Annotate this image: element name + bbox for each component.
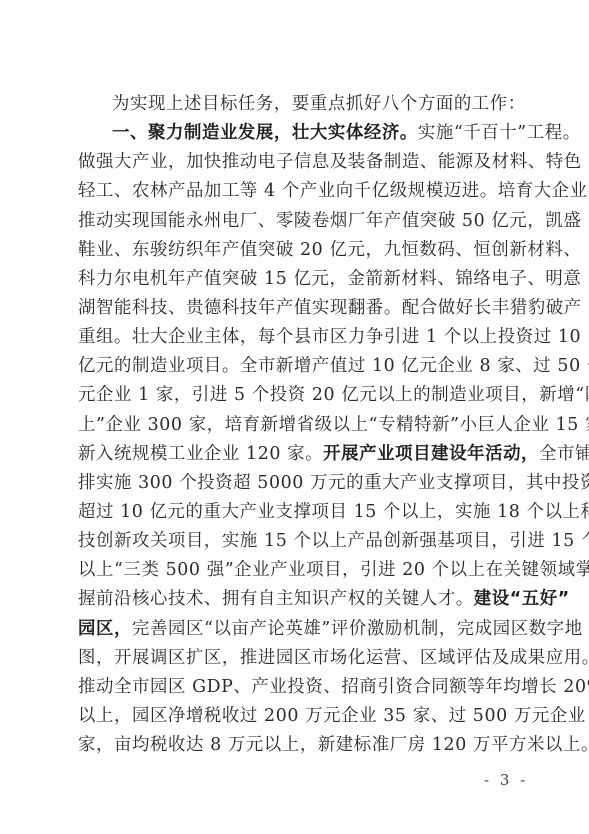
text-line: 推动全市园区 GDP、产业投资、招商引资合同额等年均增长 20% (78, 673, 524, 702)
text-line: 握前沿核心技术、拥有自主知识产权的关键人才。建设“五好” (78, 585, 524, 614)
text-segment: 图，开展调区扩区，推进园区市场化运营、区域评估及成果应用。 (78, 648, 589, 668)
text-segment: 推动全市园区 GDP、产业投资、招商引资合同额等年均增长 20% (78, 677, 589, 697)
text-segment: 推动实现国能永州电厂、零陵卷烟厂年产值突破 50 亿元，凯盛 (78, 211, 581, 231)
text-segment: 科力尔电机年产值突破 15 亿元，金箭新材料、锦络电子、明意 (78, 269, 581, 289)
text-segment: 做强大产业，加快推动电子信息及装备制造、能源及材料、特色 (78, 152, 582, 172)
text-line: 重组。壮大企业主体，每个县市区力争引进 1 个以上投资过 10 (78, 323, 524, 352)
text-line: 轻工、农林产品加工等 4 个产业向千亿级规模迈进。培育大企业， (78, 177, 524, 206)
text-segment: 排实施 300 个投资超 5000 万元的重大产业支撑项目，其中投资 (78, 473, 589, 493)
text-line: 园区，完善园区“以亩产论英雄”评价激励机制，完成园区数字地 (78, 615, 524, 644)
text-line: 以上，园区净增税收过 200 万元企业 35 家、过 500 万元企业 15 (78, 702, 524, 731)
text-segment: 湖智能科技、贵德科技年产值实现翻番。配合做好长丰猎豹破产 (78, 298, 582, 318)
bold-text-segment: 园区， (78, 619, 132, 639)
text-segment: 技创新攻关项目，实施 15 个以上产品创新强基项目，引进 15 个 (78, 531, 589, 551)
text-line: 技创新攻关项目，实施 15 个以上产品创新强基项目，引进 15 个 (78, 527, 524, 556)
text-line: 排实施 300 个投资超 5000 万元的重大产业支撑项目，其中投资 (78, 469, 524, 498)
text-segment: 以上“三类 500 强”企业产业项目，引进 20 个以上在关键领域掌 (78, 560, 589, 580)
text-line: 元企业 1 家，引进 5 个投资 20 亿元以上的制造业项目，新增“四 (78, 381, 524, 410)
document-body: 为实现上述目标任务，要重点抓好八个方面的工作： 一、聚力制造业发展，壮大实体经济… (78, 90, 524, 760)
page-number: - 3 - (484, 771, 528, 789)
text-segment: 以上，园区净增税收过 200 万元企业 35 家、过 500 万元企业 15 (78, 706, 589, 726)
text-segment: 家，亩均税收达 8 万元以上，新建标准厂房 120 万平方米以上。 (78, 735, 589, 755)
text-line: 推动实现国能永州电厂、零陵卷烟厂年产值突破 50 亿元，凯盛 (78, 207, 524, 236)
text-segment: 鞋业、东骏纺织年产值突破 20 亿元，九恒数码、恒创新材料、 (78, 240, 581, 260)
text-segment: 实施“千百十”工程。 (418, 123, 581, 143)
text-segment: 亿元的制造业项目。全市新增产值过 10 亿元企业 8 家、过 50 亿 (78, 356, 589, 376)
text-line: 科力尔电机年产值突破 15 亿元，金箭新材料、锦络电子、明意 (78, 265, 524, 294)
text-segment: 超过 10 亿元的重大产业支撑项目 15 个以上，实施 18 个以上科 (78, 502, 589, 522)
text-segment: 完善园区“以亩产论英雄”评价激励机制，完成园区数字地 (132, 619, 583, 639)
text-line: 亿元的制造业项目。全市新增产值过 10 亿元企业 8 家、过 50 亿 (78, 352, 524, 381)
text-line: 新入统规模工业企业 120 家。开展产业项目建设年活动，全市铺 (78, 440, 524, 469)
text-line: 图，开展调区扩区，推进园区市场化运营、区域评估及成果应用。 (78, 644, 524, 673)
text-line: 超过 10 亿元的重大产业支撑项目 15 个以上，实施 18 个以上科 (78, 498, 524, 527)
text-segment: 轻工、农林产品加工等 4 个产业向千亿级规模迈进。培育大企业， (78, 181, 589, 201)
text-line: 上”企业 300 家，培育新增省级以上“专精特新”小巨人企业 15 家。 (78, 411, 524, 440)
text-segment: 全市铺 (539, 444, 589, 464)
document-page: 为实现上述目标任务，要重点抓好八个方面的工作： 一、聚力制造业发展，壮大实体经济… (0, 0, 589, 834)
text-line: 一、聚力制造业发展，壮大实体经济。实施“千百十”工程。 (78, 119, 524, 148)
intro-paragraph: 为实现上述目标任务，要重点抓好八个方面的工作： (78, 90, 524, 119)
text-segment: 重组。壮大企业主体，每个县市区力争引进 1 个以上投资过 10 (78, 327, 581, 347)
bold-text-segment: 一、聚力制造业发展，壮大实体经济。 (112, 123, 418, 143)
text-segment: 握前沿核心技术、拥有自主知识产权的关键人才。 (78, 589, 474, 609)
text-line: 家，亩均税收达 8 万元以上，新建标准厂房 120 万平方米以上。 (78, 731, 524, 760)
text-line: 以上“三类 500 强”企业产业项目，引进 20 个以上在关键领域掌 (78, 556, 524, 585)
bold-text-segment: 开展产业项目建设年活动， (323, 444, 539, 464)
text-segment: 新入统规模工业企业 120 家。 (78, 444, 323, 464)
bold-text-segment: 建设“五好” (474, 589, 570, 609)
section-one-paragraph: 一、聚力制造业发展，壮大实体经济。实施“千百十”工程。做强大产业，加快推动电子信… (78, 119, 524, 760)
text-segment: 上”企业 300 家，培育新增省级以上“专精特新”小巨人企业 15 家。 (78, 415, 589, 435)
text-line: 湖智能科技、贵德科技年产值实现翻番。配合做好长丰猎豹破产 (78, 294, 524, 323)
text-segment: 元企业 1 家，引进 5 个投资 20 亿元以上的制造业项目，新增“四 (78, 385, 589, 405)
text-line: 鞋业、东骏纺织年产值突破 20 亿元，九恒数码、恒创新材料、 (78, 236, 524, 265)
text-line: 做强大产业，加快推动电子信息及装备制造、能源及材料、特色 (78, 148, 524, 177)
